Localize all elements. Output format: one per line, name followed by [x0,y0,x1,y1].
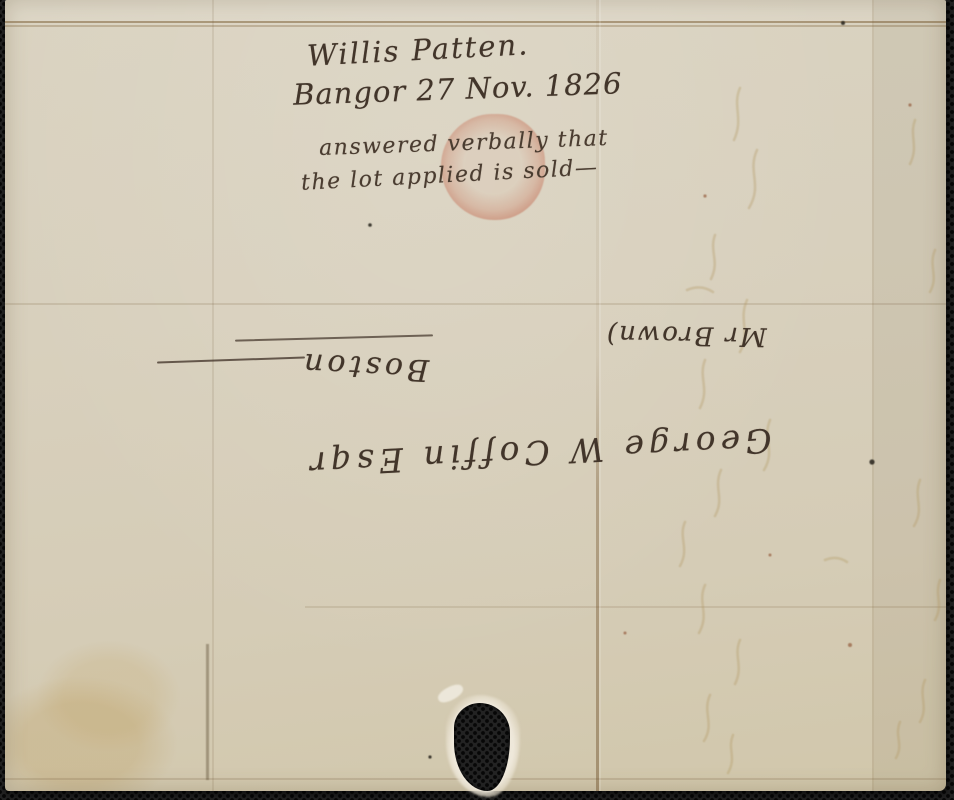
docket-dateline: Bangor 27 Nov. 1826 [293,66,624,111]
ink-flourish-line [157,356,305,363]
fold-crease-top-band [5,0,946,21]
docket-sender-name: Willis Patten. [306,27,530,73]
fold-crease-vertical-left-dark [206,644,209,780]
fold-crease-lower [305,606,946,608]
fold-crease-middle [5,303,946,305]
address-recipient: George W Coffin Esqr [304,421,772,484]
fold-crease-vertical-center [596,0,599,791]
address-carrier-note: Mr Brown) [605,319,767,352]
letter-paper: Willis Patten. Bangor 27 Nov. 1826 answe… [5,0,946,791]
fold-crease-top [5,21,946,23]
scanner-mat: Willis Patten. Bangor 27 Nov. 1826 answe… [0,0,954,800]
fold-crease-vertical-right [872,0,874,791]
fold-crease-top-2 [5,25,946,27]
address-city: Boston [299,346,430,388]
fold-crease-vertical-right-band [874,0,946,791]
ink-flourish-line [235,334,433,341]
docket-note-line1: answered verbally that [319,126,609,161]
fold-crease-vertical-center-highlight [599,0,601,791]
fold-crease-vertical-left [212,0,214,791]
